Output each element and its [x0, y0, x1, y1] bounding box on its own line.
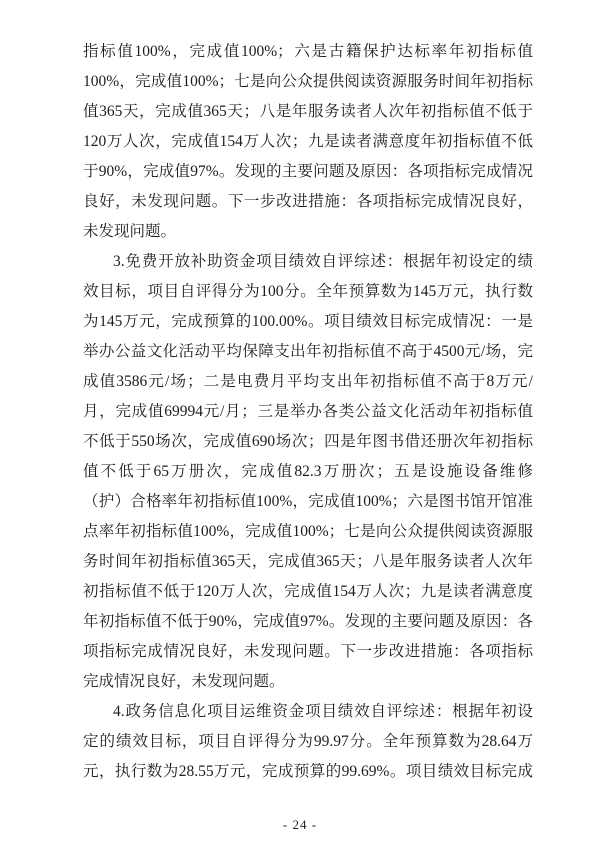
text-line: 元，执行数为28.55万元，完成预算的99.69%。项目绩效目标完成: [83, 757, 533, 787]
text-line: 成值3586元/场；二是电费月平均支出年初指标值不高于8万元/: [83, 367, 533, 397]
text-line: 年初指标值不低于90%，完成值97%。发现的主要问题及原因：各: [83, 607, 533, 637]
text-line: （护）合格率年初指标值100%，完成值100%；六是图书馆开馆准: [83, 487, 533, 517]
text-line: 于90%，完成值97%。发现的主要问题及原因：各项指标完成情况: [83, 157, 533, 187]
text-line: 3.免费开放补助资金项目绩效自评综述：根据年初设定的绩: [83, 247, 533, 277]
text-line: 初指标值不低于120万人次，完成值154万人次；九是读者满意度: [83, 577, 533, 607]
document-body: 指标值100%，完成值100%；六是古籍保护达标率年初指标值100%，完成值10…: [83, 37, 533, 787]
text-line: 项指标完成情况良好，未发现问题。下一步改进措施：各项指标: [83, 637, 533, 667]
text-line: 4.政务信息化项目运维资金项目绩效自评综述：根据年初设: [83, 697, 533, 727]
text-line: 为145万元，完成预算的100.00%。项目绩效目标完成情况：一是: [83, 307, 533, 337]
text-line: 举办公益文化活动平均保障支出年初指标值不高于4500元/场，完: [83, 337, 533, 367]
text-line: 定的绩效目标，项目自评得分为99.97分。全年预算数为28.64万: [83, 727, 533, 757]
text-line: 效目标，项目自评得分为100分。全年预算数为145万元，执行数: [83, 277, 533, 307]
text-line: 120万人次，完成值154万人次；九是读者满意度年初指标值不低: [83, 127, 533, 157]
text-line: 点率年初指标值100%，完成值100%；七是向公众提供阅读资源服: [83, 517, 533, 547]
text-line: 良好，未发现问题。下一步改进措施：各项指标完成情况良好，: [83, 187, 533, 217]
text-line: 值365天，完成值365天；八是年服务读者人次年初指标值不低于: [83, 97, 533, 127]
text-line: 未发现问题。: [83, 217, 533, 247]
text-line: 务时间年初指标值365天，完成值365天；八是年服务读者人次年: [83, 547, 533, 577]
page-number: - 24 -: [0, 817, 600, 833]
text-line: 月，完成值69994元/月；三是举办各类公益文化活动年初指标值: [83, 397, 533, 427]
document-page: 指标值100%，完成值100%；六是古籍保护达标率年初指标值100%，完成值10…: [0, 0, 600, 848]
text-line: 值不低于65万册次，完成值82.3万册次；五是设施设备维修: [83, 457, 533, 487]
text-line: 100%，完成值100%；七是向公众提供阅读资源服务时间年初指标: [83, 67, 533, 97]
text-line: 完成情况良好，未发现问题。: [83, 667, 533, 697]
text-line: 指标值100%，完成值100%；六是古籍保护达标率年初指标值: [83, 37, 533, 67]
text-line: 不低于550场次，完成值690场次；四是年图书借还册次年初指标: [83, 427, 533, 457]
